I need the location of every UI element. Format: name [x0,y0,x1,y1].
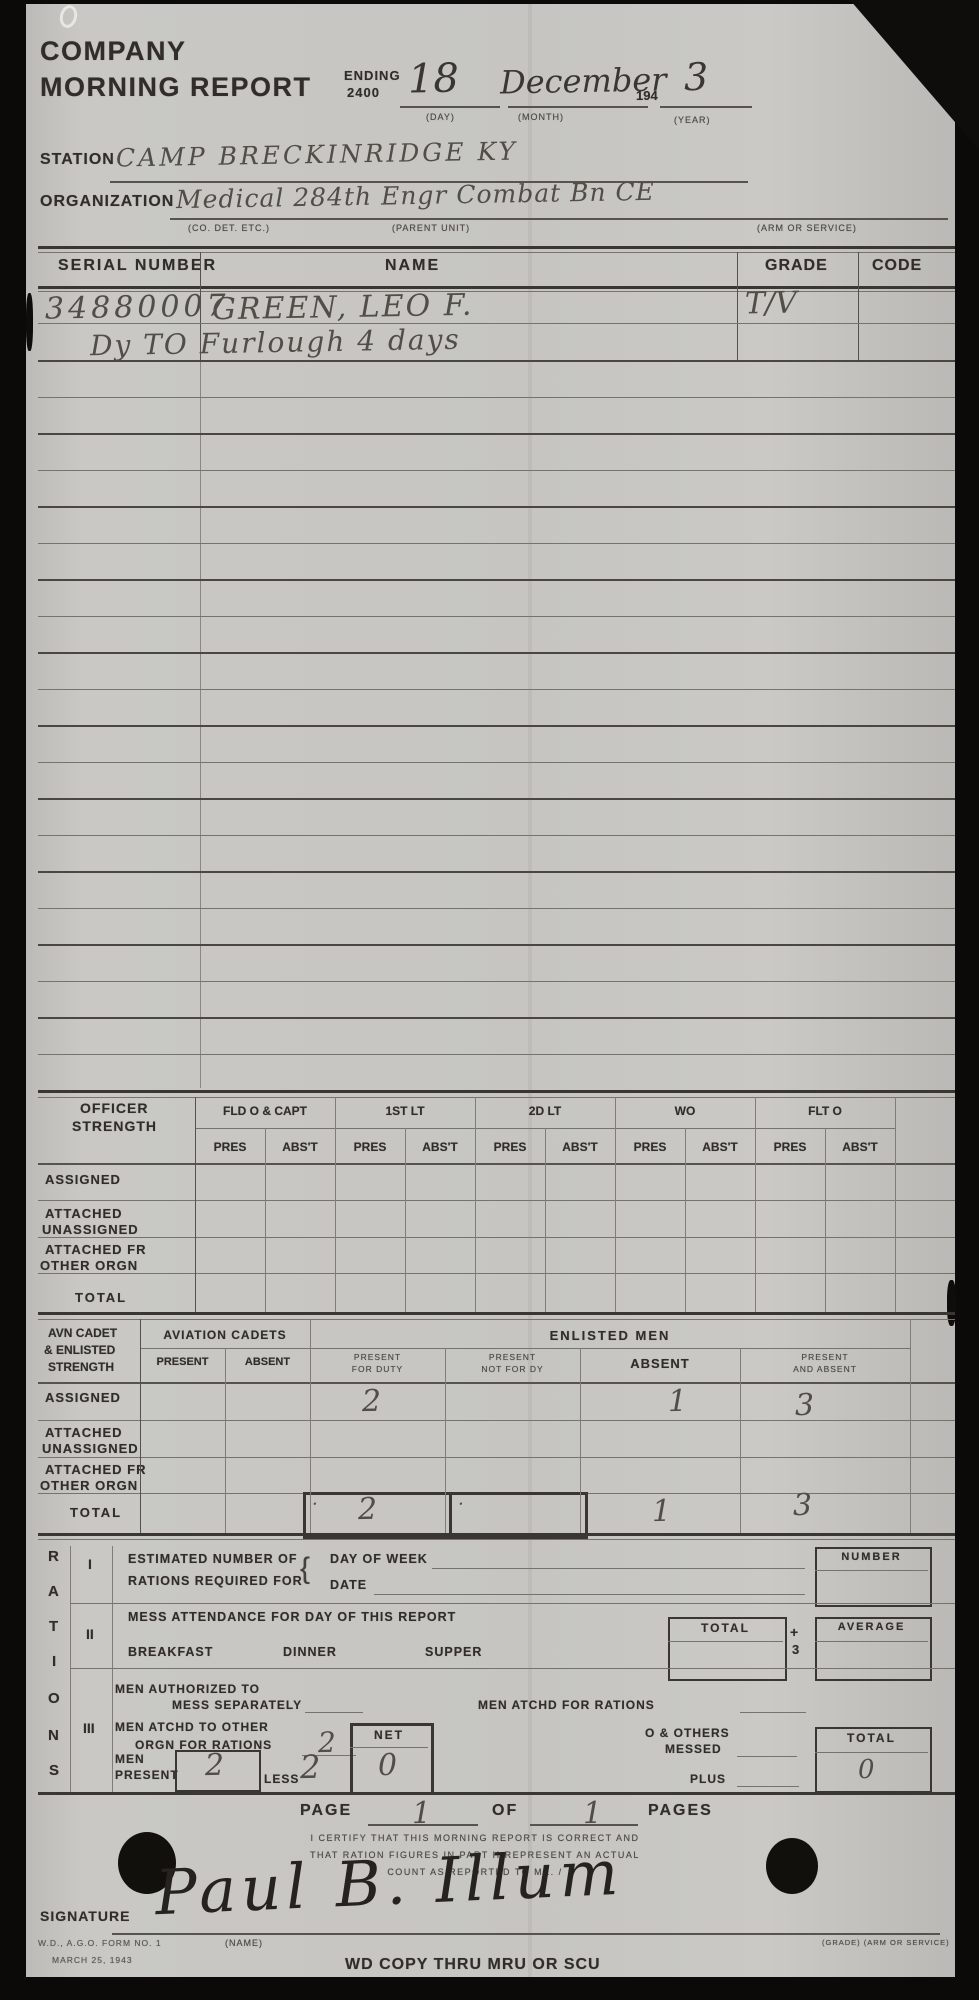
day-caption: (DAY) [426,112,455,122]
entry-note: Dy TO Furlough 4 days [90,323,461,362]
rations-date-label: DATE [330,1578,367,1592]
rations-bottom-rule [38,1792,955,1795]
ruled-line [38,762,955,763]
officer-vline-2 [335,1097,336,1312]
enlisted-vline-1 [225,1348,226,1533]
officer-row-attached-2: UNASSIGNED [42,1222,139,1237]
ruled-line [38,689,955,690]
officer-vline-6 [615,1097,616,1312]
enlisted-row-attached-1: ATTACHED [45,1425,123,1440]
officer-vline-4 [475,1097,476,1312]
ruled-line [38,543,955,544]
enlisted-vline-4 [580,1348,581,1533]
rations-total-value: 0 [858,1755,875,1785]
officer-vline-1 [265,1128,266,1312]
officer-group-fldo: FLD O & CAPT [195,1104,335,1118]
officer-group-1stlt: 1ST LT [335,1104,475,1118]
rations-i-line2: RATIONS REQUIRED FOR [128,1574,303,1588]
o-and-others-label: O & OTHERS [645,1726,730,1740]
rations-rule-ii [70,1668,955,1669]
officer-row-attachedfr-2: OTHER ORGN [40,1258,138,1273]
scan-fold-streak [528,4,532,1977]
signature-underline [112,1933,940,1935]
ruled-line [38,944,955,946]
ruled-line [38,616,955,617]
rations-rule-i [70,1603,955,1604]
average-box-innerline [815,1641,928,1642]
men-authorized-label: MEN AUTHORIZED TO [115,1682,260,1696]
page-number-value: 1 [412,1796,432,1831]
roster-vline-grade [737,252,738,362]
less-label: LESS [264,1772,299,1786]
officer-row-attached-1: ATTACHED [45,1206,123,1221]
officer-vline-5 [545,1128,546,1312]
supper-label: SUPPER [425,1645,482,1659]
enlisted-group-men: ENLISTED MEN [310,1328,910,1343]
enlisted-row-attachedfr-1: ATTACHED FR [45,1462,147,1477]
ending-time: 2400 [347,85,380,100]
ruled-line [38,1054,955,1055]
org-caption-arm-service: (ARM OR SERVICE) [757,223,857,233]
officer-subcol-pres-1: PRES [195,1140,265,1154]
officer-subcol-pres-3: PRES [475,1140,545,1154]
day-of-week-label: DAY OF WEEK [330,1552,428,1566]
net-box-label: NET [350,1728,428,1742]
day-underline [400,106,500,108]
officer-subcol-pres-5: PRES [755,1140,825,1154]
signature-grade-caption: (GRADE) (ARM OR SERVICE) [822,1938,950,1947]
enlisted-col-pnfd-2: NOT FOR DY [445,1364,580,1374]
enlisted-row-attached-2: UNASSIGNED [42,1441,139,1456]
total-absent-value: 1 [652,1494,672,1529]
entry-name: GREEN, LEO F. [212,288,474,328]
officer-row-assigned: ASSIGNED [45,1172,121,1187]
mess-total-innerline [668,1641,783,1642]
rations-letter-s: S [49,1762,59,1779]
org-caption-parent-unit: (PARENT UNIT) [392,223,470,233]
scan-edge-mark-left [26,293,33,351]
enlisted-col-cadet-present: PRESENT [140,1356,225,1368]
rations-total-innerline [815,1752,928,1753]
officer-group-flto: FLT O [755,1104,895,1118]
rations-vline-letters [70,1546,71,1792]
assigned-present-for-duty-value: 2 [362,1384,382,1419]
year-underline [660,106,752,108]
roster-top-rule [38,246,955,249]
officer-subcol-pres-4: PRES [615,1140,685,1154]
roster-vline-code [858,252,859,362]
enlisted-row-assigned: ASSIGNED [45,1390,121,1405]
officer-vline-10 [895,1097,896,1312]
form-number: W.D., A.G.O. FORM NO. 1 [38,1938,162,1948]
officer-vline-7 [685,1128,686,1312]
officer-subcol-abst-5: ABS'T [825,1140,895,1154]
punch-hole-right [766,1838,818,1894]
enlisted-col-absent: ABSENT [580,1356,740,1371]
assigned-present-and-absent-value: 3 [795,1388,815,1423]
enlisted-vline-3 [445,1348,446,1533]
enlisted-bottom-rule [38,1533,955,1536]
rations-letter-a: A [48,1583,59,1600]
pages-label: PAGES [648,1802,713,1820]
officer-subcol-abst-1: ABS'T [265,1140,335,1154]
enlisted-vline-2 [310,1319,311,1533]
men-present-value: 2 [205,1748,225,1783]
mess-separately-underline [305,1712,363,1713]
officer-subcol-abst-2: ABS'T [405,1140,475,1154]
enlisted-title2: & ENLISTED [44,1343,115,1357]
rations-i-brace: { [300,1552,310,1586]
mess-total-label: TOTAL [668,1621,783,1635]
enlisted-title1: AVN CADET [48,1326,117,1340]
enlisted-col-pfd-1: PRESENT [310,1352,445,1362]
officer-vline-0 [195,1097,196,1312]
mess-attendance-label: MESS ATTENDANCE FOR DAY OF THIS REPORT [128,1610,456,1624]
ruled-line [38,397,955,398]
form-title-line2: MORNING REPORT [40,72,312,103]
enlisted-row-attachedfr-2: OTHER ORGN [40,1478,138,1493]
enlisted-row-total: TOTAL [70,1505,122,1520]
enlisted-col-pa-2: AND ABSENT [740,1364,910,1374]
rations-part-i: I [88,1556,92,1572]
enlisted-top-rule2 [38,1319,955,1320]
dinner-label: DINNER [283,1645,337,1659]
enlisted-col-cadet-absent: ABSENT [225,1356,310,1368]
month-caption: (MONTH) [518,112,564,122]
organization-underline [170,218,948,220]
men-atchd-for-rations-label: MEN ATCHD FOR RATIONS [478,1698,655,1712]
officer-subcol-abst-4: ABS'T [685,1140,755,1154]
officer-rule-2 [38,1237,955,1238]
officer-title2: STRENGTH [72,1118,157,1134]
total-present-and-absent-value: 3 [793,1488,813,1523]
pages-count-value: 1 [583,1796,603,1831]
enlisted-col-pnfd-1: PRESENT [445,1352,580,1362]
rations-total-label: TOTAL [815,1731,928,1745]
ending-label: ENDING [344,68,401,83]
ruled-line [38,981,955,982]
messed-underline [737,1756,797,1757]
enlisted-vline-5 [740,1348,741,1533]
breakfast-label: BREAKFAST [128,1645,213,1659]
plus-underline [737,1786,799,1787]
rations-vline-numerals [112,1546,113,1792]
morning-report-scan: COMPANY MORNING REPORT ENDING 2400 18 De… [0,0,979,2000]
officer-row-total: TOTAL [75,1290,127,1305]
ruled-line [38,579,955,581]
enlisted-group-cadets: AVIATION CADETS [140,1328,310,1342]
mess-separately-label: MESS SEPARATELY [172,1698,302,1712]
enlisted-group-rule [140,1348,910,1349]
roster-header-rule [38,286,955,289]
rations-part-iii: III [83,1720,95,1736]
officer-vline-3 [405,1128,406,1312]
messed-label: MESSED [665,1742,722,1756]
ruled-line [38,908,955,909]
number-box-label: NUMBER [815,1551,928,1563]
net-value: 0 [378,1748,398,1783]
roster-col-name: NAME [385,257,440,275]
plus-label: PLUS [690,1772,726,1786]
enlisted-rule-1 [38,1420,955,1421]
copy-routing-note: WD COPY THRU MRU OR SCU [345,1956,601,1974]
date-day-handwritten: 18 [408,56,460,103]
men-atchd-other-label: MEN ATCHD TO OTHER [115,1720,269,1734]
enlisted-vline-0 [140,1319,141,1533]
month-underline [508,106,648,108]
ruled-line [38,871,955,873]
total-pfd-box [303,1492,452,1539]
year-printed-prefix: 194 [636,88,658,103]
rations-letter-n: N [48,1727,59,1744]
men-label: MEN [115,1752,145,1766]
form-title-line1: COMPANY [40,36,187,67]
assigned-absent-value: 1 [668,1384,688,1419]
rations-part-ii: II [86,1626,94,1642]
ruled-line [38,798,955,800]
officer-subcol-pres-2: PRES [335,1140,405,1154]
divide-plus-sign: + [790,1624,798,1640]
officer-group-wo: WO [615,1104,755,1118]
less-value: 2 [300,1748,321,1786]
rations-letter-r: R [48,1548,59,1565]
officer-vline-8 [755,1097,756,1312]
officer-subhead-rule [38,1163,955,1165]
day-of-week-underline [432,1568,805,1569]
officer-top-rule [38,1090,955,1093]
officer-row-attachedfr-1: ATTACHED FR [45,1242,147,1257]
ruled-line [38,1017,955,1019]
organization-label: ORGANIZATION [40,193,174,211]
station-label: STATION [40,151,115,169]
officer-subcol-abst-3: ABS'T [545,1140,615,1154]
ruled-line [38,725,955,727]
total-pfd-dot: · [312,1494,318,1515]
men-atchd-underline [740,1712,806,1713]
enlisted-vline-6 [910,1319,911,1533]
enlisted-rule-2 [38,1457,955,1458]
ruled-line [38,433,955,435]
rations-i-line1: ESTIMATED NUMBER OF [128,1552,297,1566]
roster-top-rule2 [38,252,955,253]
year-caption: (YEAR) [674,115,711,125]
date-year-handwritten: 3 [684,55,709,99]
org-caption-co-det: (CO. DET. ETC.) [188,223,270,233]
entry-grade: T/V [745,286,797,322]
entry-note-rule [38,360,955,362]
rations-date-underline [374,1594,805,1595]
ruled-line [38,652,955,654]
roster-col-serial: SERIAL NUMBER [58,257,217,275]
of-label: OF [492,1802,518,1820]
ruled-line [38,470,955,471]
rations-letter-t: T [49,1618,58,1635]
officer-rule-1 [38,1200,955,1201]
rations-letter-i: I [52,1653,56,1670]
officer-vline-9 [825,1128,826,1312]
total-pnfd-box [449,1492,588,1539]
signature-label: SIGNATURE [40,1908,130,1924]
average-box-label: AVERAGE [815,1621,928,1633]
entry-row-rule [38,323,955,324]
officer-title1: OFFICER [80,1100,148,1116]
page-label: PAGE [300,1802,352,1820]
enlisted-title3: STRENGTH [48,1360,114,1374]
total-pnfd-dot: · [458,1494,464,1515]
roster-col-grade: GRADE [765,257,828,275]
rations-letter-o: O [48,1690,60,1707]
form-date: MARCH 25, 1943 [52,1955,133,1965]
enlisted-top-rule [38,1312,955,1315]
enlisted-col-pfd-2: FOR DUTY [310,1364,445,1374]
officer-rule-3 [38,1273,955,1274]
ruled-line [38,835,955,836]
roster-col-code: CODE [872,257,922,275]
total-present-for-duty-value: 2 [358,1492,378,1527]
enlisted-bottom-rule2 [38,1539,955,1540]
officer-group-2dlt: 2D LT [475,1104,615,1118]
entry-serial-number: 34880007 [45,288,230,326]
officer-top-rule2 [38,1097,955,1098]
ruled-line [38,506,955,508]
signature-name-caption: (NAME) [225,1938,263,1948]
enlisted-subhead-rule [38,1382,955,1384]
enlisted-col-pa-1: PRESENT [740,1352,910,1362]
number-box-innerline [815,1570,928,1571]
men-present-label: PRESENT [115,1768,179,1782]
divide-three: 3 [792,1642,799,1657]
